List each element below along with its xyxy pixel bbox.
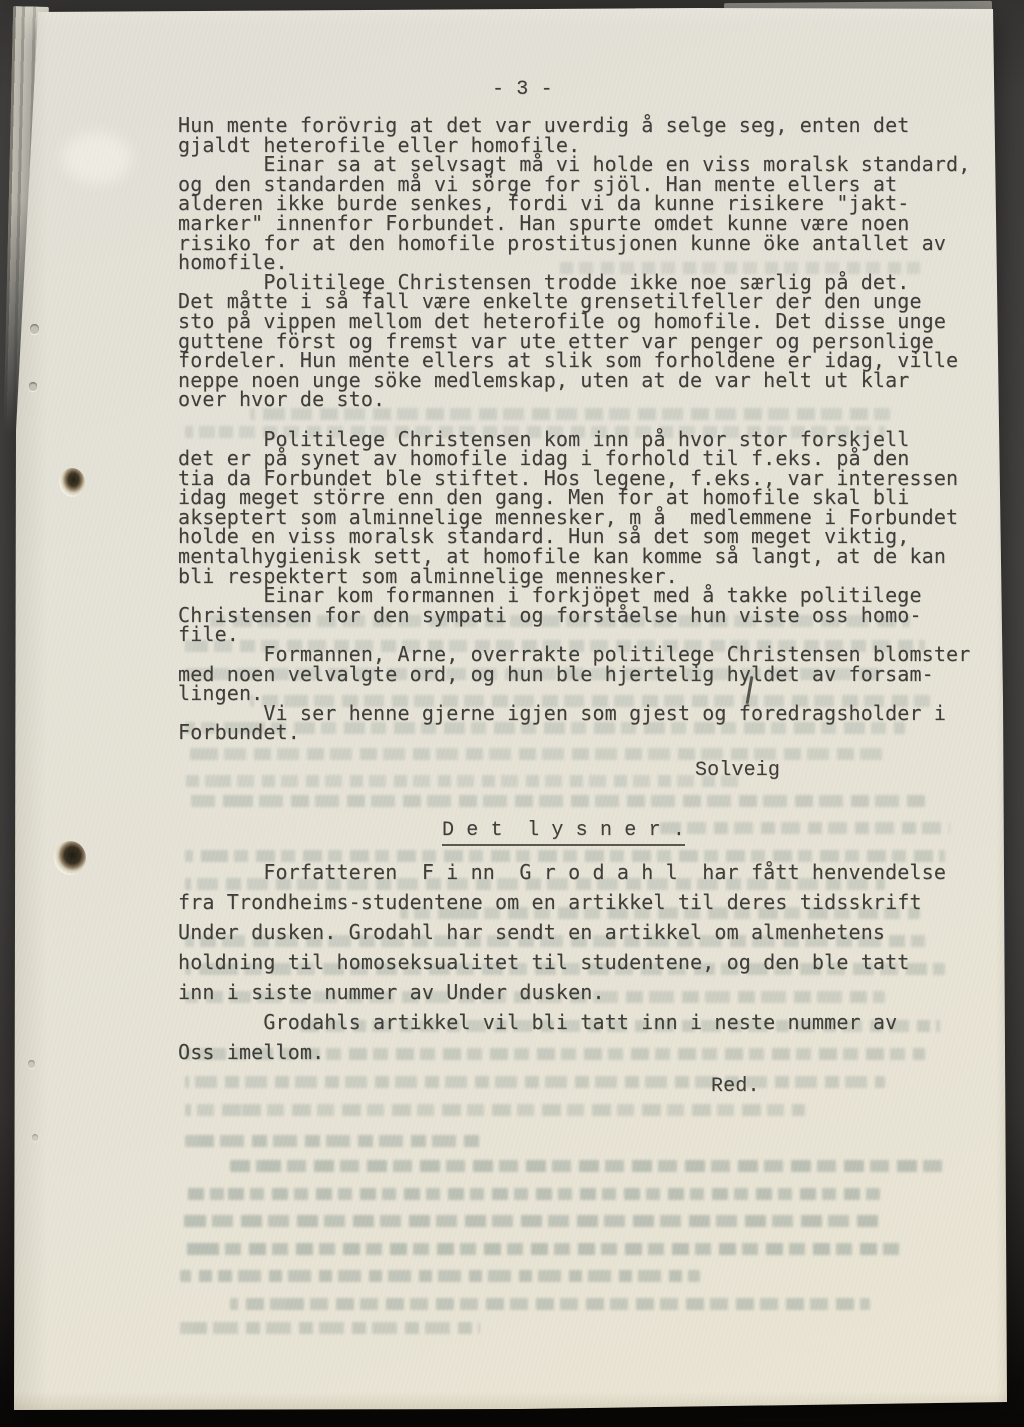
paper-speck <box>28 1060 35 1068</box>
punch-hole-bottom <box>54 841 86 875</box>
bleedthrough-line <box>185 795 925 807</box>
meeting-report-text: Hun mente forövrig at det var uverdig å … <box>178 116 970 743</box>
document-page: - 3 - Hun mente forövrig at det var uver… <box>0 0 1012 1414</box>
bleedthrough-line <box>185 775 745 787</box>
report-signature: Solveig <box>695 759 780 782</box>
paper-speck <box>29 382 37 391</box>
article-text: Forfatteren F i nn G r o d a h l har fåt… <box>178 857 946 1067</box>
bleedthrough-line <box>180 1270 700 1282</box>
article-signature: Red. <box>711 1075 760 1098</box>
photo-background: - 3 - Hun mente forövrig at det var uver… <box>0 0 1024 1427</box>
page-wrap: - 3 - Hun mente forövrig at det var uver… <box>0 0 1024 1427</box>
paper-stain <box>62 132 132 184</box>
bleedthrough-line <box>180 1188 880 1200</box>
bleedthrough-line <box>180 1322 480 1334</box>
article-title: D e t l y s n e r . <box>442 819 685 842</box>
bleedthrough-line <box>185 1104 805 1116</box>
bleedthrough-line <box>180 1215 880 1227</box>
bleedthrough-line <box>660 822 950 834</box>
bleedthrough-line <box>185 1076 885 1088</box>
bleedthrough-line <box>185 1135 485 1147</box>
bleedthrough-line <box>230 1160 950 1172</box>
bleedthrough-line <box>230 1298 870 1310</box>
article-title-underlined-text: D e t l y s n e r . <box>442 819 685 846</box>
bleedthrough-line <box>180 1243 900 1255</box>
paper-speck <box>32 1134 38 1141</box>
paper-speck <box>30 324 39 334</box>
punch-hole-top <box>59 468 85 497</box>
page-number: - 3 - <box>492 78 553 101</box>
